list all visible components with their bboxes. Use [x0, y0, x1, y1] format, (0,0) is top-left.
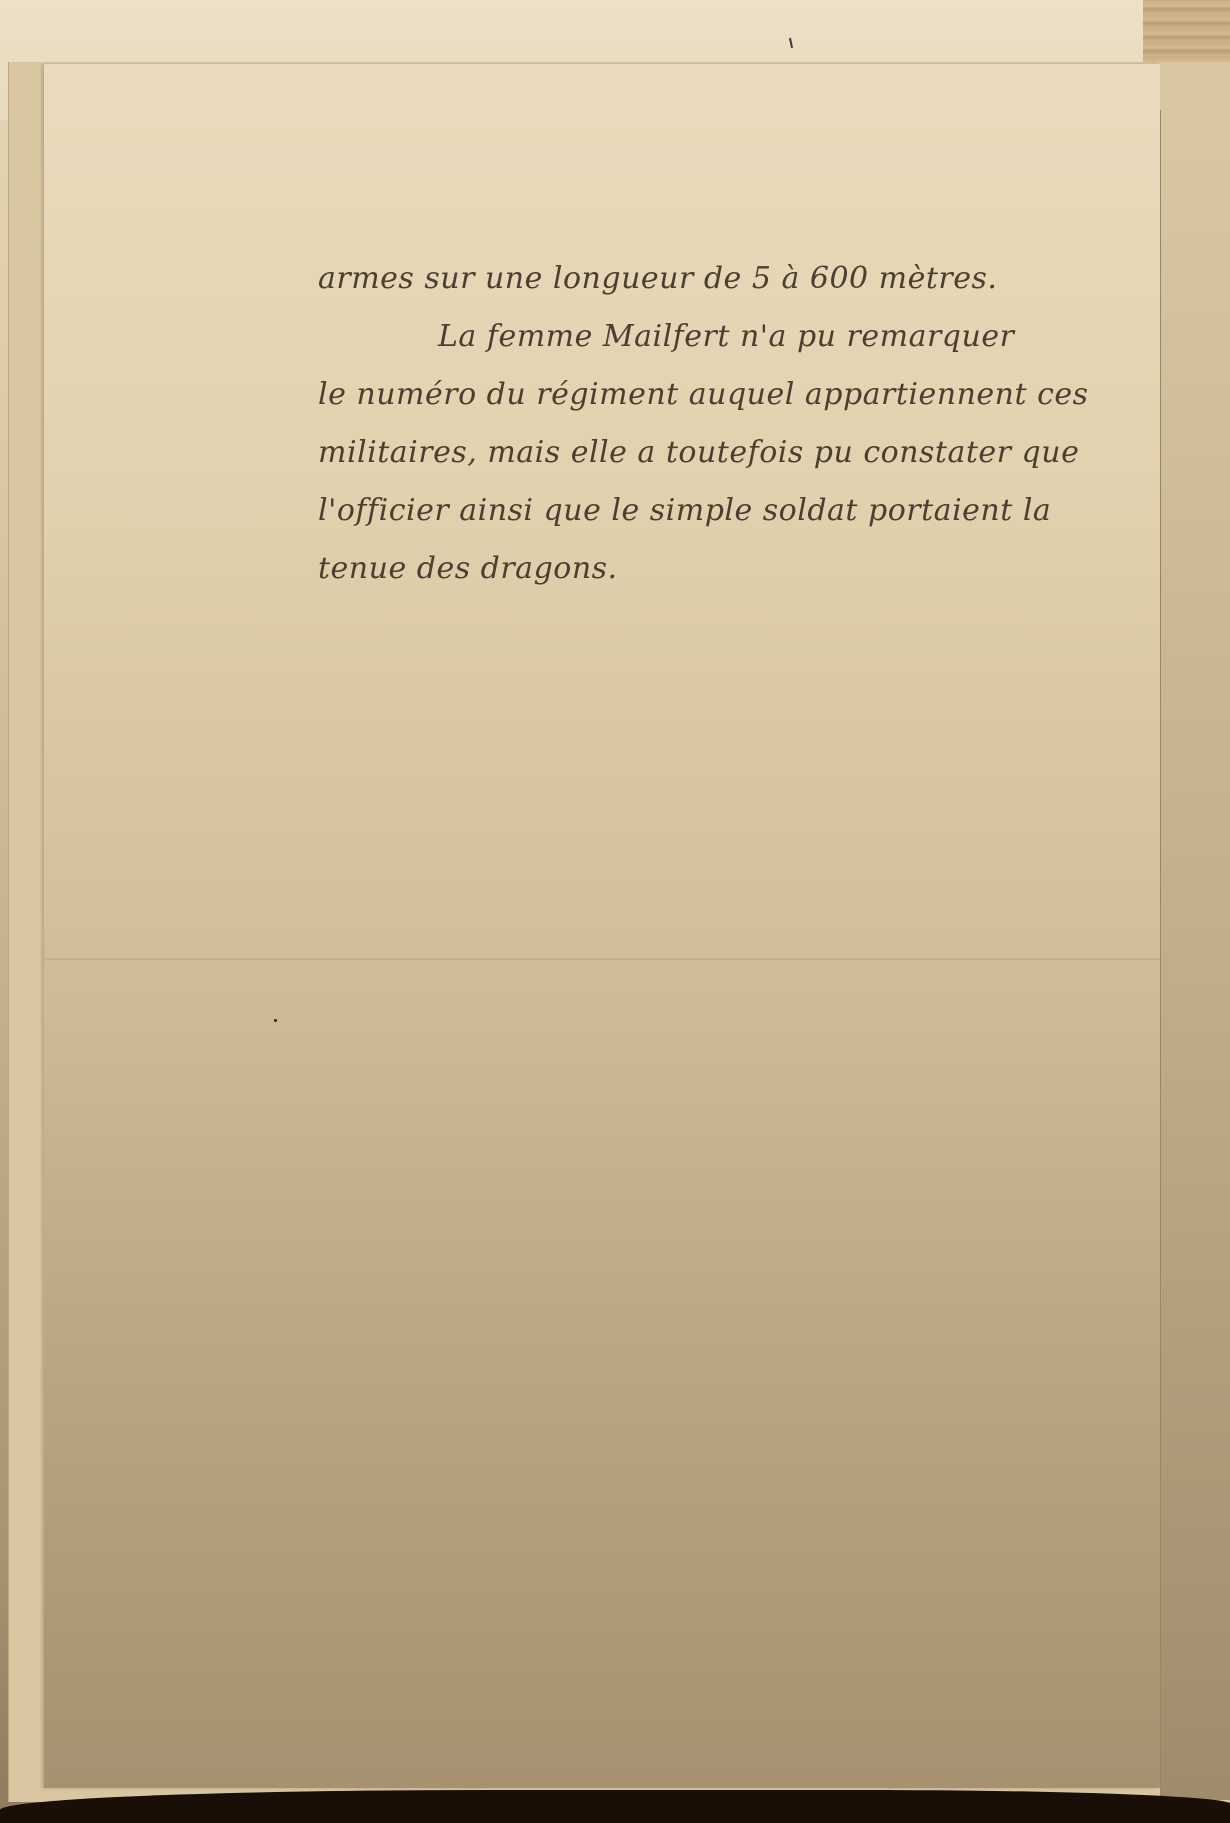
- text-line: le numéro du régiment auquel appartienne…: [318, 366, 1198, 424]
- text-line: tenue des dragons.: [318, 540, 1198, 598]
- text-line: armes sur une longueur de 5 à 600 mètres…: [318, 250, 1198, 308]
- text-line: La femme Mailfert n'a pu remarquer: [318, 308, 1198, 366]
- page-fold-line: [44, 958, 1160, 960]
- ink-speck: [274, 1019, 277, 1022]
- dark-table-edge: [0, 1790, 1230, 1823]
- handwritten-text: armes sur une longueur de 5 à 600 mètres…: [318, 250, 1198, 598]
- text-line: l'officier ainsi que le simple soldat po…: [318, 482, 1198, 540]
- text-line: militaires, mais elle a toutefois pu con…: [318, 424, 1198, 482]
